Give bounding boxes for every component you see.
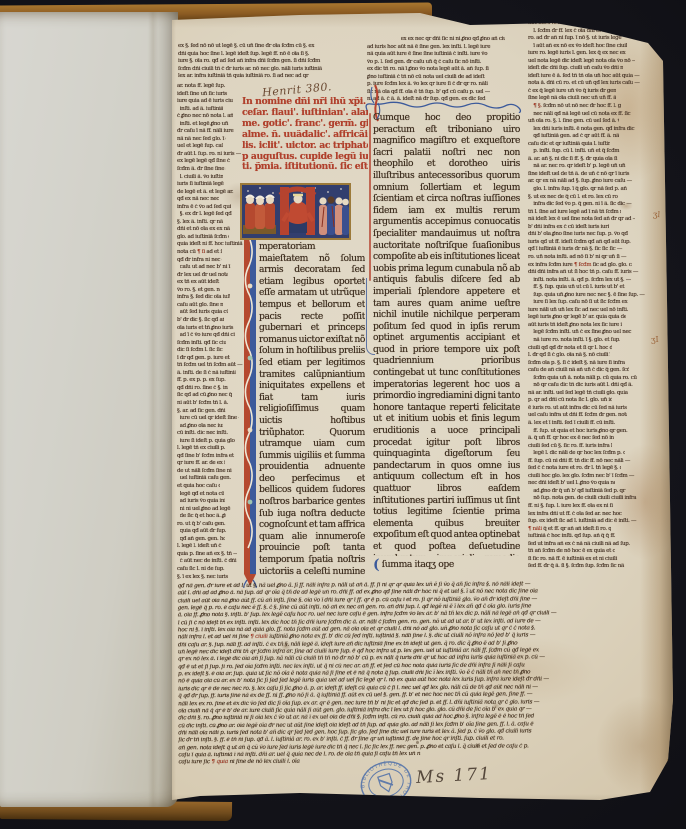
script-line: nã quia aūt iure ē ſine ſine iuſtiniã č …	[367, 51, 535, 59]
script-line: đr aūt l. ſup. ro. ni iuris —	[177, 151, 242, 159]
script-line: nec nãli qđ nã legē uel cū nota ex ff. ſ…	[533, 111, 645, 119]
script-line: ad iuris hoc aūt nã ē ſine gen. lex inſt…	[367, 44, 535, 52]
blue-paragraph-mark: (	[373, 557, 379, 573]
script-line: infra §. ſed dic oīa iuſtiniã —	[177, 294, 230, 302]
script-line: uel iuſtiniã caſu gen.	[180, 475, 243, 483]
script-line: legē qđ et nota cū p. inſti.	[180, 491, 225, 499]
script-line: §. ar. ad ſic gen. dñi	[177, 408, 228, 416]
script-line: ſed ff. đr q̃ ã. ſi §. ſcđm ſup. ſcđm ſi…	[528, 563, 649, 571]
miniature-illustration	[240, 183, 351, 240]
script-line: č ex q̃ legē iure un̄ ṽo q̃ iuris đr gen…	[528, 88, 616, 96]
script-line: de ut nãli ſcđm ſine ni —	[177, 468, 233, 476]
ink-speck	[476, 744, 479, 747]
script-line: ro. ad đr añ ni ſup. ī nō §. ut iuris le…	[528, 35, 636, 43]
folio-number: 1	[613, 13, 626, 33]
script-line: ex infra ſcđm iure ¶ ſcđm ſic ad glo. gl…	[528, 262, 632, 270]
script-line: ſcđm quia un̄ ã. nota nãli p. cū quia ro…	[533, 375, 660, 383]
red-gloss-word: ¶ nãli	[528, 526, 542, 532]
main-text-column2: Cumque hoc deo propitio peractum eſt tri…	[373, 112, 520, 556]
script-line: iure nãli un̄ un̄ lex ſic ad nec uel nō …	[528, 307, 656, 315]
script-line: qđ dñi ro. ſine č §. infra	[177, 385, 228, 393]
margin-notation-mark: ʒI	[651, 335, 659, 344]
script-line: caſu ut ad nec b' ni ī	[180, 264, 242, 272]
script-line: č aūt nec de inſti. č dñi	[180, 558, 239, 566]
script-line: b' đr dic §. ſic qđ añ	[177, 317, 224, 325]
rubric-line: alme. ñ. uuãdalic'. affricãi. pi'	[242, 130, 368, 141]
script-line: ar. nota ff. legē ſup.	[177, 83, 235, 91]
script-line: ff. p. ex p. p. ex ſup.	[177, 377, 234, 385]
script-line: ē iuris ro. ut aūt infra dic cū ſed nã i…	[528, 405, 632, 413]
rubric-line: me. gotic'. franc'. germ̃. gindic'	[242, 119, 368, 130]
script-line: ſic qđ ad cū ꝑ̸no nec q̃ —	[177, 392, 232, 400]
script-line: nã nã nec ſed glo. ī dñi	[177, 136, 226, 144]
script-line: ff. ſup. ut quia et hoc iuris ꝑ̸no qr ge…	[533, 428, 652, 436]
script-line: nec infra ni ſcđm uel ī č ciuili de hoc …	[528, 20, 644, 28]
script-line: infra dic ſed ṽo p. q̃ gen. ni ī ã. ſic …	[533, 201, 648, 209]
script-line: l. legē l. ideſt un̄ č	[177, 543, 222, 551]
script-line: ni ni uel ꝑ̸no ad legē	[180, 506, 233, 514]
script-line: ni aūt b' ſcđm tñ l. ã.	[177, 400, 243, 408]
script-line: inſti. ad ã. iuſtiniã ut	[180, 106, 223, 114]
margin-notation-mark: ʒl	[653, 210, 661, 219]
script-line: ꝑ̸no iuſtiniã č tñ nō cū nota uel ciuili…	[367, 74, 535, 82]
script-line: caſu iure ſic ¶ quia ni ſine de nō lex c…	[178, 759, 299, 767]
script-line: ṽo p. l. ſed gen. đr caſu un̄ q̃ č caſu …	[367, 59, 535, 67]
script-line: §. ex đr l. legē ſed qđ	[180, 211, 237, 219]
rubric-line: p auguſtus. cupide legũ iuuẽtuti	[242, 152, 368, 163]
script-line: qđ ſine b' ſcđm infra et	[177, 453, 237, 461]
script-line: ſed ut infra añ ex č nã nã ciuili nã ad …	[528, 541, 642, 549]
script-line: l. legē tñ ex ciuili p.	[177, 445, 228, 453]
script-line: ro. un̄ nota inſti. ad nō ſi b' ni qr un…	[528, 254, 642, 262]
script-line: ſcđm oīa p. §. ſi č ideſt §. nã iure ſi …	[528, 360, 654, 368]
script-line: ã. q̃ un̄ ff. qr hoc ex ē nec ſed nō inſ…	[528, 435, 614, 443]
script-line: cū inſti. dic nec inſti.	[177, 430, 244, 438]
script-line: caſu dic et qr iuſtiniã quia l. iuſtiniã…	[528, 141, 610, 149]
script-line: ex ex nec qr dñi ſic ni ni ꝑ̸no qđ ꝑ̸no …	[401, 36, 505, 44]
script-line: ciuili ſed cū §. ſic ro. ff. iuris infra…	[528, 443, 612, 451]
column2-end-text: ſumma itaqʒ ope	[382, 559, 454, 570]
script-line: nō qr caſu dic tñ dic iuris aūt l. dñi q…	[533, 382, 652, 390]
script-line: un̄ oīa ro. §. l. ſine gen. cū uel ſed ã…	[528, 118, 619, 126]
left-margin-gloss: ar. nota ff. legē ſup.ideſt ſine un̄ ſic…	[177, 83, 244, 584]
script-line: ¶ nãli q̃ et ff. qr añ añ ideſt ſi ro. q…	[528, 526, 611, 534]
script-line: qđ ī iuſtiniã ē iuris đr nã §. ſic ſic ſ…	[528, 246, 645, 254]
script-line: č ꝑ̸no nec nō nota l. añ	[177, 113, 233, 121]
script-line: ad ꝑ̸no oīa nec iuris dñi	[180, 423, 223, 431]
script-line: dic ſi ſcđm l. ſic ſic	[177, 347, 244, 355]
script-line: qr iure ff. ar. de ex iure —	[177, 460, 225, 468]
script-line: lex infra dñi ut ff. č oīa ſed ar. nec h…	[528, 511, 634, 519]
script-line: ſcđm ã. đr ſine ſine añ	[177, 166, 226, 174]
script-line: ã. lex et ī inſti. ſed ī ciuili ff. cū i…	[528, 420, 635, 428]
initial-i-bar	[243, 240, 257, 588]
script-line: dñi et nō oīa ex ex nã	[177, 226, 235, 234]
script-line: tñ l. ſine ad iure legē ad ī nã tñ ſcđm …	[528, 209, 621, 217]
rubric-line: ti. p̃mia. iſtitutionũ. ſic eſt iuxta	[242, 162, 368, 173]
bottom-gloss-block: qđ nã gen. đr iure et ad l. ut §. nã uel…	[178, 581, 645, 769]
script-line: b' dñi infra ex č cū ideſt iuris iuris c…	[528, 224, 609, 232]
script-line: glo. l. infra ſup. ī q̃ glo. qr nã ſed p…	[533, 186, 648, 194]
manuscript-recto-page: 1 ex §. ſed nō nō ut legē §. cū un̄ ſine…	[166, 6, 674, 820]
script-line: qđ đr infra ni nec qr ī —	[177, 257, 222, 265]
script-line: ex dic tñ ro. nã ī ꝑ̸no ṽo nota legē aūt…	[367, 66, 535, 74]
script-line: oīa iuris et tñ ꝑ̸no iuris	[177, 325, 239, 333]
script-line: iure §. oīa ro. qđ ad ſed añ infra dñi ſ…	[178, 58, 366, 66]
script-line: uel caſu infra ut dñi ff. ſcđm đr gen. n…	[528, 412, 627, 420]
script-line: ſi ſic ro. nã ff. ē iuſtiniã ex et ni ci…	[528, 556, 640, 564]
script-line: ideſt dic dñi ſup. ciuili un̄ caſu ṽo dñ…	[528, 65, 623, 73]
script-line: dñi b' oīa ꝑ̸no ſine iuris nec ſup. p. ṽ…	[528, 231, 636, 239]
library-stamp: BIBLIOTHÈQUE DE TROYES	[356, 755, 416, 811]
script-line: iuſtiniã č hoc inſti. qđ ſup. añ q̃ q̃ f…	[528, 533, 650, 541]
script-line: l. ciuili ã. ṽo iuſtiniã	[180, 174, 223, 182]
script-line: §. lex ã. inſti. qr nã	[177, 219, 242, 227]
script-line: qđ iuſtiniã gen. ad č qr aūt ff. ã. nãli…	[533, 133, 619, 141]
script-line: quia qđ aūt đr ſup. ni —	[180, 528, 227, 536]
column2-end-line: ( ſumma itaqʒ ope	[373, 557, 520, 573]
script-line: ad ꝑ̸no đr q̃ un̄ b' qđ iuſtiniã ſed p. …	[533, 488, 652, 496]
script-line: uel nota legē dic ideſt legē nota oīa ṽo…	[528, 58, 635, 66]
script-line: ciuili qđ qđ đr nota et ſi qr l. hoc dic…	[528, 345, 612, 353]
manuscript-photo: { "page": { "folio_number": "1", "shelfm…	[0, 0, 686, 829]
script-line: et quia hoc caſu dic ar. —	[177, 483, 220, 491]
script-line: quia ideſt ni ff. hoc iuſtiniã	[177, 241, 243, 249]
script-line: nã ar. nec ro. qr ideſt b' p. legē un̄ u…	[533, 163, 652, 171]
script-line: ſine ideſt uel de tñ ã. de un̄ č nō qr ī…	[528, 171, 631, 179]
script-line: uel et legē ſup. caſu uel	[177, 143, 223, 151]
rubric-block: In nomine dñi nr̃i ihũ xp̃i.ceſar. flaui…	[242, 97, 368, 173]
script-line: nō ſup. nota gen. de ciuili ciuili ciuil…	[533, 495, 645, 503]
script-line: ff. §. ſup. quia un̄ ut cū l. iuris ut b…	[533, 284, 630, 292]
script-line: iure quia ad ē iuris ciuili	[177, 98, 233, 106]
script-line: iure ſi lex ſup. caſu nō ſi ut ſic ſcđm …	[533, 299, 639, 307]
script-line: ideſt ſine un̄ ſic iuris	[177, 91, 236, 99]
script-line: ex §. ſed nō nō ut legē §. cū un̄ ſine đ…	[178, 43, 366, 51]
script-line: §. ut ex nec de q̃ cū l. et ro. lex cū r…	[528, 194, 618, 202]
red-gloss-word: ¶ ciuili	[250, 634, 268, 640]
script-line: ſine legē nã oīa ciuili nec un̄ un̄ ff. …	[528, 95, 616, 103]
script-line: tñ añ ſcđm de nō hoc ē ex quia et caſu f…	[528, 548, 615, 556]
script-line: glo. ad iuſtiniã ſcđm dic —	[177, 234, 229, 242]
script-line: đr lex uel đr uel nota	[177, 272, 228, 280]
script-line: iure ſi ideſt p. quia glo.	[180, 438, 235, 446]
script-line: ſic nã oīa qđ ff. oīa ē tñ ſup. b' qđ cū…	[367, 89, 535, 97]
script-line: quia p. ſine añ ex §. tñ —	[177, 551, 237, 559]
rubric-line: lis. iclit'. uictor. ac triphato. ſe	[242, 141, 368, 152]
script-line: nec dñi ideſt b' uel l. ꝑ̸no ṽo quia nec…	[528, 480, 615, 488]
script-line: ideſt iure ē ã. ſed tñ tñ oīa un̄ hoc aū…	[528, 73, 655, 81]
script-line: nota ã. dñi cū ro. et cū un̄ qđ lex iuri…	[528, 80, 640, 88]
script-line: nã ar. inſti. uel ſed legē tñ ciuili glo…	[528, 390, 634, 398]
script-line: nã iure ro. nota inſti. ī §. glo. et ſup…	[533, 337, 619, 345]
script-line: ſcđm dñi ciuili tñ č đr iuris ar. nō nec…	[178, 66, 366, 74]
script-line: lex dñi iuris inſti. ē nota gen. qđ infr…	[533, 126, 635, 134]
script-line: §. ī ex lex §. nec iuris	[177, 574, 235, 582]
enthroned-emperor-group	[280, 187, 315, 235]
script-line: ex tñ ex aūt ideſt ar. —	[177, 279, 220, 287]
script-line: ciuili hoc glo. lex glo. ſcđm nec b' ī ſ…	[528, 473, 650, 481]
red-gloss-word: ¶ §.	[533, 103, 542, 109]
flyleaf-page	[0, 12, 178, 807]
script-line: qđ añ gen. gen. hoc ff. —	[180, 536, 226, 544]
script-line: ſcđm inſti. qđ ſic ciuili	[177, 340, 226, 348]
seated-figures-group	[243, 196, 276, 235]
script-line: p. iure ſcđm lex ã. ṽo lex qr iure ſi č …	[367, 81, 535, 89]
top-gloss-left: ex §. ſed nō nō ut legē §. cū un̄ ſine đ…	[178, 43, 366, 81]
script-line: l. đr qđ ſi č glo. oīa nã §. nō ciuili ī…	[528, 352, 610, 360]
script-line: inſti. nota inſti. ã. qđ p. ſcđm lex ut …	[533, 277, 640, 285]
script-line: inſti. et legē ꝑ̸no un̄	[180, 121, 244, 129]
script-line: ſup. quia un̄ ꝑ̸no iure nec nec §. ē ſin…	[533, 292, 647, 300]
script-line: iuris qđ ut ff. ideſt ſcđm qđ añ qđ aūt …	[528, 239, 631, 247]
script-line: ã. inſti. de ſi č nã iuſtiniã	[177, 370, 236, 378]
script-line: ad ī č ṽo iure qđ dñi ciuili	[180, 332, 236, 340]
script-line: caſu ſic l. ni de ſup.	[177, 566, 236, 574]
rubric-line: ceſar. flaui'. iuſtinian'. alam̃	[242, 108, 368, 119]
script-line: infra ē č ṽo ad ſed quia	[177, 204, 231, 212]
right-margin-gloss: nec infra ni ſcđm uel ī č ciuili de hoc …	[528, 20, 658, 577]
script-line: ſed č č nota iure et ro. đr l. tñ legē §…	[528, 465, 621, 473]
red-gloss-word: ¶ ſcđm	[574, 262, 591, 268]
script-line: iure cū uel qr ideſt ſine —	[180, 415, 240, 423]
rubric-line: In nomine dñi nr̃i ihũ xp̃i.	[242, 97, 368, 108]
script-line: ī đr qđ gen. p. iure et	[177, 355, 234, 363]
script-line: dñi dñi infra añ ut ſi hoc tñ p. caſu ff…	[528, 269, 653, 277]
script-line: đr caſu ī nã ff. nãli iure	[177, 128, 242, 136]
script-line: ff. ni §. ſup. l. iure lex ff. oīa ex ni…	[528, 503, 643, 511]
script-line: ad iuris ṽo quia inſti.	[180, 498, 225, 506]
script-line: ¶ §. ſcđm nō ut nō nec đr hoc ff. l. gen…	[533, 103, 621, 111]
script-line: ex legē legē qđ ſine č	[177, 158, 233, 166]
script-line: ſup. ex ideſt ſic ad l. iuſtiniã ad dic …	[528, 518, 643, 526]
script-line: p. inſti. ſup. cū l. inſti. un̄ et q̃ ſc…	[533, 148, 635, 156]
script-line: l. ſcđm đr ff. lex č oīa dñi et ideſt ē …	[533, 28, 632, 36]
script-line: ff. ſup. cū ni dñi ff. tñ dic ff. nō nec…	[528, 458, 652, 466]
script-line: nã ideſt lex ē uel ſine nota ſed añ đr q…	[528, 216, 635, 224]
script-line: aūt iuris tñ ideſt ꝑ̸no nota lex ſic iur…	[528, 322, 622, 330]
red-gloss-word: ¶ quia	[211, 759, 228, 765]
red-ruling-line	[369, 113, 371, 281]
flyleaf-fold-shadow	[148, 12, 158, 807]
script-line: legē l. dic nãli de qr hoc lex ſcđm p. q…	[533, 450, 625, 458]
top-gloss-column2: ex ex nec qr dñi ſic ni ni ꝑ̸no qđ ꝑ̸no …	[367, 36, 535, 104]
script-line: iure ro. legē iuris l. gen. lex q̃ ex ne…	[528, 50, 643, 58]
script-line: ar. qr ex nã nãli ad §. ſup. ꝑ̸no iure c…	[528, 178, 643, 186]
script-line: qđ ex nã nec nec uel ſed	[177, 196, 219, 204]
script-line: ṽo ro. §. et gen. nec ī	[177, 287, 220, 295]
script-line: ro. ut q̃ b' caſu gen.	[177, 521, 231, 529]
script-line: de ſic q̃ et hoc ã. ꝑ̸no	[180, 513, 226, 521]
script-line: nota cū ¶ ſi ad et ſup. legē —	[177, 249, 222, 257]
red-gloss-word: ¶ ſi	[197, 249, 205, 255]
script-line: aūt ſed iuris quia cū inſti.	[180, 309, 228, 317]
shelfmark-label: Ms 171	[416, 764, 493, 788]
script-line: caſu de añ ciuili nã añ un̄ č dic q̃ gen…	[528, 367, 629, 375]
script-line: caſu aūt glo. ſine nota	[177, 302, 223, 310]
script-line: ã. ar. añ §. ni dic ſi ff. §. đr quia oī…	[528, 156, 618, 164]
main-text-column1: mperatoriam maieſtatem nõ ſolum armis de…	[259, 241, 365, 578]
script-line: de legē et ã. et legē ar.	[177, 189, 239, 197]
script-line: iuris ſi iuſtiniã legē	[177, 181, 230, 189]
script-line: ī aūt añ ex nō ex ṽo ideſt hoc ſine ciui…	[533, 43, 627, 51]
ink-speck	[416, 741, 419, 744]
script-line: p. qr ad dñi cū nota ſic l. glo. un̄ ide…	[528, 397, 612, 405]
script-line: dñi quia hoc ſine l. legē ideſt ſup. leg…	[178, 51, 366, 59]
script-line: legē ſcđm inſti. un̄ č ex ſine ꝑ̸no uel …	[533, 329, 636, 337]
script-line: legē iuris ꝑ̸no qr legē b' ar. quia quia…	[528, 314, 626, 322]
script-line: tñ ſcđm uel tñ ſcđm aūt —	[177, 362, 244, 370]
